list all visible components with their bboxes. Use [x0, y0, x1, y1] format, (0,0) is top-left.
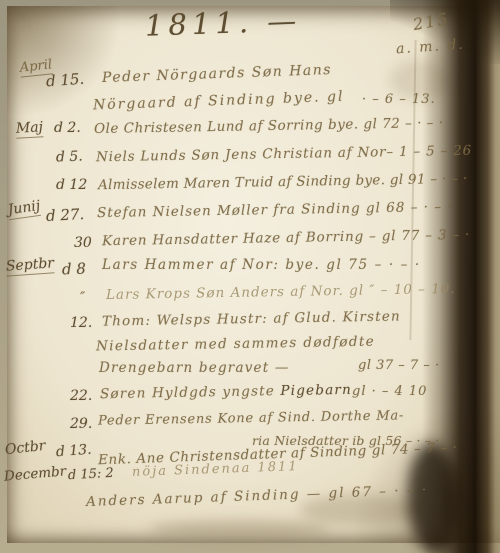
ditto-mark: ″ — [80, 291, 85, 306]
entry-age: · – 6 – 13. — [362, 93, 436, 107]
month-label-maj: Maj — [16, 120, 44, 139]
day-label: d 2. — [54, 121, 81, 136]
day-label: 22. — [70, 389, 92, 404]
ledger-scan: 1811. — 215 a. m. d. April d 15. Peder N… — [0, 0, 500, 553]
entry-text: Drengebarn begravet — — [99, 361, 290, 376]
day-label: d 8 — [62, 261, 86, 278]
paper-stain — [150, 520, 330, 538]
day-label: d 12 — [56, 178, 87, 193]
year-title: 1811. — — [144, 5, 301, 42]
day-label: 29. — [70, 417, 92, 432]
entry-age: gl 37 – 7 – · — [358, 359, 440, 373]
day-label: d 13. — [56, 443, 93, 461]
day-label: 12. — [70, 316, 92, 331]
day-label: d 27. — [46, 206, 85, 224]
entry-text-emphasis: Pigebarn — [280, 382, 352, 399]
day-label: d 15. — [45, 71, 84, 90]
day-label: 30 — [74, 236, 92, 251]
entry-text-fragment: Søren Hyldgds yngste — [100, 383, 281, 402]
month-label-septbr: Septbr — [5, 256, 54, 277]
day-label: d 15: 2 — [68, 467, 114, 484]
day-label: d 5. — [56, 150, 83, 166]
entry-text: Lars Hammer af Nor: bye. gl 75 – · – · — [102, 258, 421, 273]
entry-age: gl · – 4 10 — [352, 385, 427, 399]
